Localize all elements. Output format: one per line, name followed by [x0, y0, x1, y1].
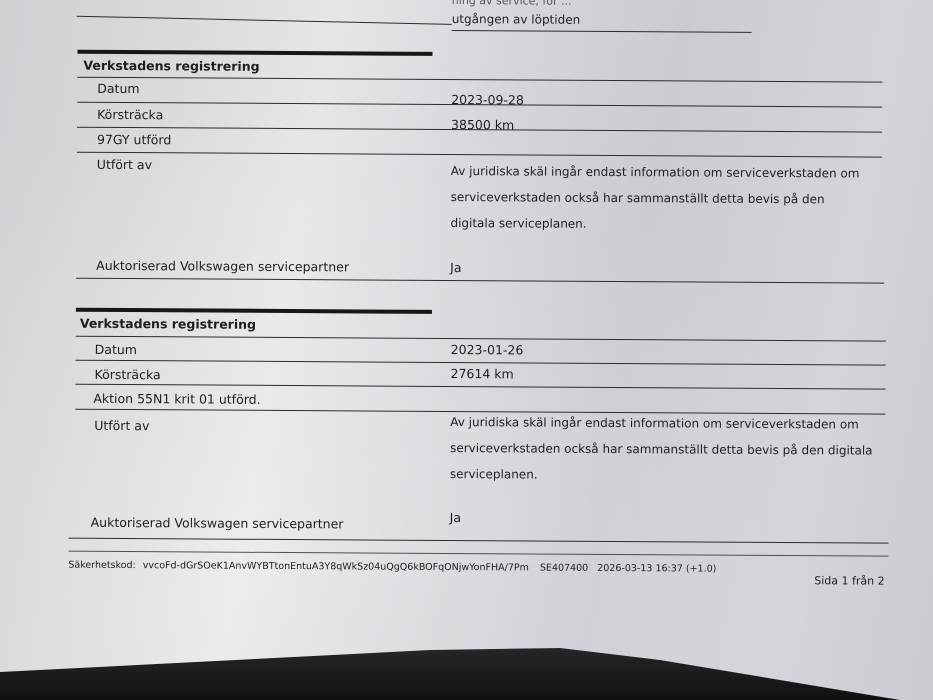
section-heading-bar [77, 50, 432, 56]
security-code-line: Säkerhetskod: vvcoFd-dGrSOeK1AnvWYBTtonE… [68, 560, 716, 575]
mileage-label: Körsträcka [97, 107, 163, 122]
divider [69, 538, 889, 544]
divider [75, 384, 885, 390]
dealer-code: SE407400 [540, 563, 588, 574]
top-fragment-value: utgången av löptiden [452, 12, 581, 27]
authorized-partner-value: Ja [450, 260, 461, 275]
service-record-document: ning av service, för ... utgången av löp… [0, 0, 933, 700]
security-code: vvcoFd-dGrSOeK1AnvWYBTtonEntuA3Y8qWkSz04… [143, 560, 529, 573]
mileage-label: Körsträcka [94, 367, 160, 382]
section-heading: Verkstadens registrering [80, 316, 256, 332]
authorized-partner-label: Auktoriserad Volkswagen servicepartner [91, 515, 344, 532]
divider [76, 278, 884, 284]
divider [452, 30, 752, 33]
section-heading: Verkstadens registrering [83, 58, 259, 74]
date-label: Datum [97, 81, 139, 96]
date-label: Datum [95, 342, 137, 357]
section-heading-bar [76, 308, 432, 314]
cut-off-text: ning av service, för ... [452, 0, 572, 8]
print-timestamp: 2026-03-13 16:37 (+1.0) [597, 563, 716, 575]
page-indicator: Sida 1 från 2 [814, 574, 884, 587]
security-code-label: Säkerhetskod: [68, 560, 135, 571]
divider [77, 77, 882, 83]
performed-by-label: Utfört av [94, 418, 149, 433]
performed-by-label: Utfört av [97, 157, 152, 172]
divider [77, 152, 882, 158]
performed-by-text: Av juridiska skäl ingår endast informati… [450, 409, 880, 490]
footer-divider [68, 551, 888, 557]
performed-by-text: Av juridiska skäl ingår endast informati… [450, 158, 870, 239]
divider [77, 16, 452, 25]
work-done: 97GY utförd [97, 132, 171, 147]
work-done: Aktion 55N1 krit 01 utförd. [93, 391, 260, 407]
authorized-partner-label: Auktoriserad Volkswagen servicepartner [96, 258, 349, 275]
divider [76, 360, 886, 366]
authorized-partner-value: Ja [450, 510, 461, 525]
date-value: 2023-01-26 [451, 342, 524, 357]
divider [76, 336, 886, 342]
mileage-value: 27614 km [451, 366, 514, 381]
